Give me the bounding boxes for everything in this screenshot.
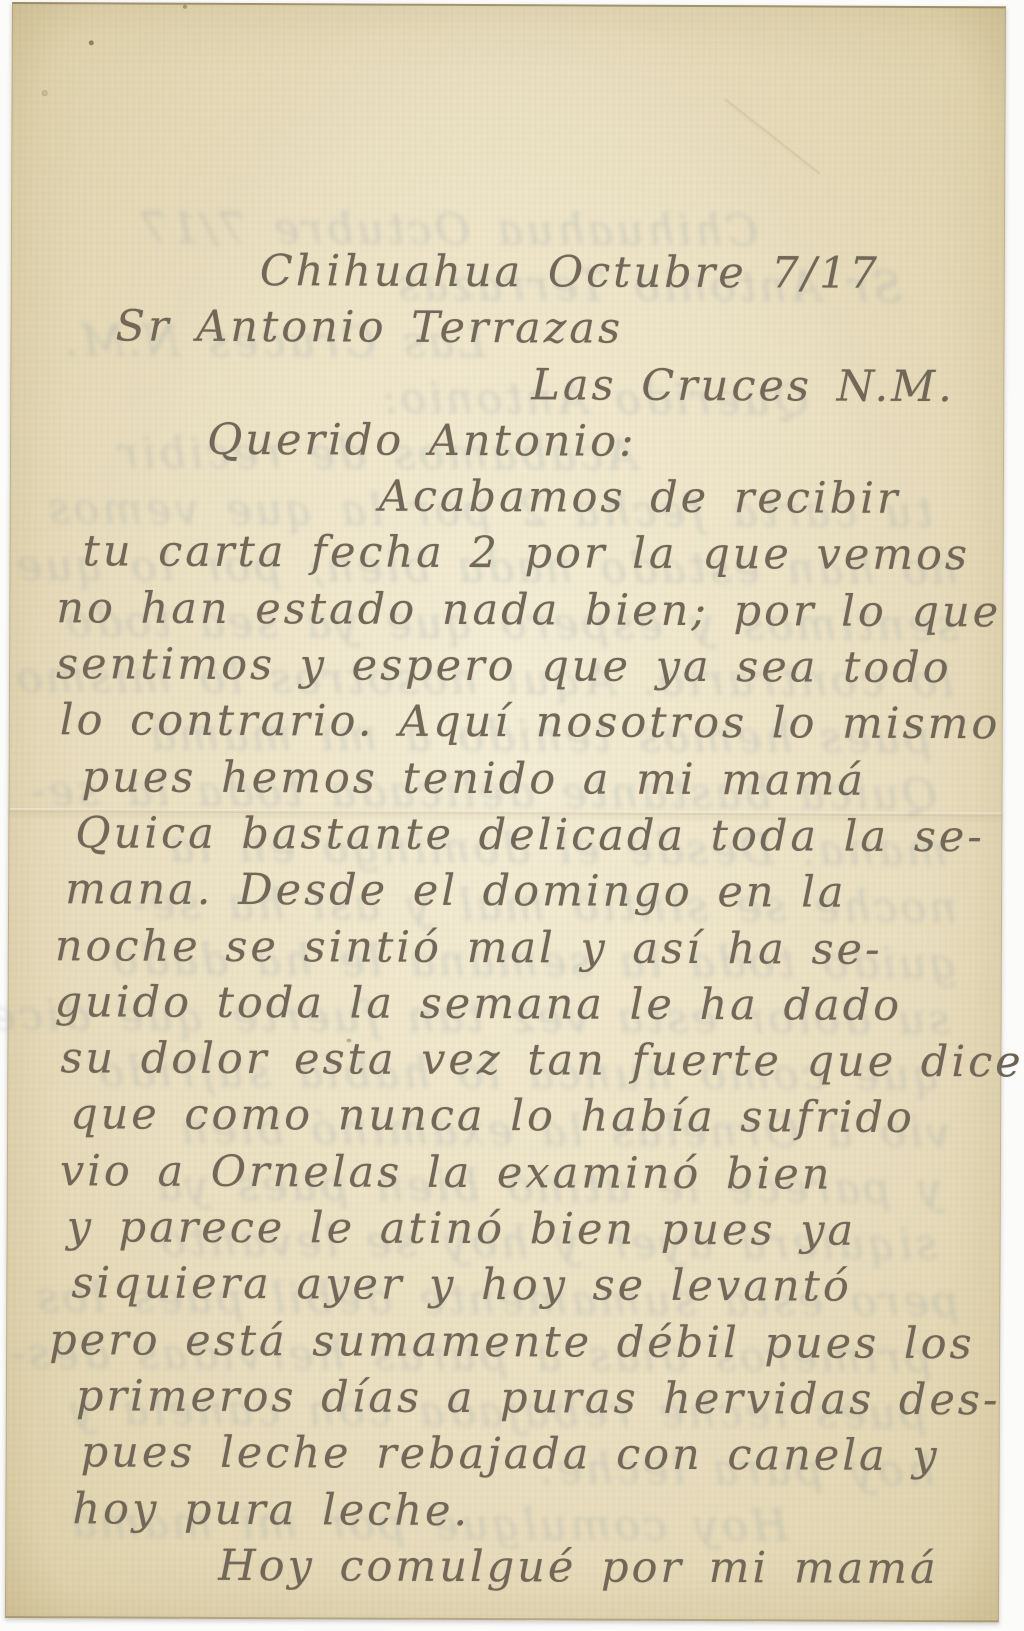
salutation-line: Querido Antonio: — [207, 412, 997, 472]
place-line: Las Cruces N.M. — [531, 357, 997, 415]
letter-line: siquiera ayer y hoy se levantó — [71, 1256, 993, 1316]
foxing-speck — [89, 40, 94, 45]
crease-mark — [725, 98, 820, 174]
letter-line: pues hemos tenido a mi mamá — [81, 749, 995, 809]
foxing-speck — [42, 90, 48, 96]
letter-line: vio a Ornelas la examinó bien — [60, 1143, 994, 1203]
letter-line: pues leche rebajada con canela y — [81, 1425, 993, 1485]
letter-line: noche se sintió mal y así ha se- — [55, 918, 995, 978]
letter-line: lo contrario. Aquí nosotros lo mismo — [60, 693, 996, 753]
letter-text: Chihuahua Octubre 7/17 Sr Antonio Terraz… — [6, 242, 998, 1597]
letter-paper: Chihuahua Octubre 7/17 Sr Antonio Terraz… — [5, 2, 1006, 1622]
recipient-line: Sr Antonio Terrazas — [115, 299, 997, 359]
letter-line: su dolor esta vez tan fuerte que dice — [60, 1030, 994, 1090]
letter-line: pero está sumamente débil pues los — [49, 1312, 993, 1372]
foxing-speck — [183, 5, 187, 9]
letter-line: y parece le atinó bien pues ya — [67, 1199, 994, 1259]
letter-line: guido toda la semana le ha dado — [55, 974, 995, 1034]
letter-line: Hoy comulgué por mi mamá — [218, 1538, 992, 1598]
letter-line: que como nunca lo había sufrido — [70, 1087, 994, 1147]
letter-line: primeros días a puras hervidas des- — [76, 1368, 993, 1428]
letter-line: Quica bastante delicada toda la se- — [75, 805, 995, 865]
letter-line: Acabamos de recibir — [379, 469, 997, 528]
letter-line: tu carta fecha 2 por la que vemos — [82, 524, 996, 584]
letter-line: sentimos y espero que ya sea todo — [56, 636, 996, 696]
letter-line: mana. Desde el domingo en la — [65, 862, 995, 922]
letter-line: no han estado nada bien; por lo que — [56, 580, 996, 640]
date-line: Chihuahua Octubre 7/17 — [260, 243, 998, 303]
letter-line: hoy pura leche. — [72, 1481, 992, 1541]
